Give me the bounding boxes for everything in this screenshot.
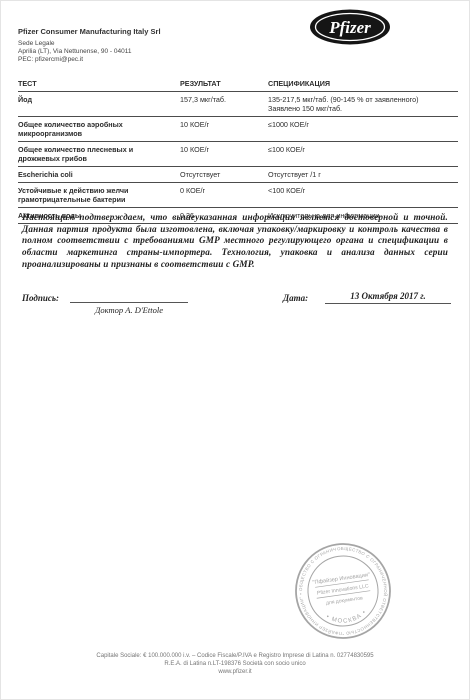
signatory-name: Доктор A. D'Ettole: [58, 305, 200, 315]
company-round-stamp: ОБЩЕСТВО С ОГРАНИЧЕННОЙ ОТВЕТСТВЕННОСТЬЮ…: [287, 535, 400, 648]
pfizer-logo: Pfizer: [308, 8, 392, 46]
table-row: Escherichia coliОтсутствуетОтсутствует /…: [18, 167, 458, 183]
cell-spec: ≤1000 КОЕ/г: [268, 117, 458, 142]
address-line: PEC: pfizercmi@pec.it: [18, 56, 131, 64]
table-header-row: ТЕСТ РЕЗУЛЬТАТ СПЕЦИФИКАЦИЯ: [18, 79, 458, 92]
cell-result: 157,3 мкг/таб.: [180, 92, 268, 117]
cell-result: 10 КОЕ/г: [180, 117, 268, 142]
table-row: Йод157,3 мкг/таб.135-217,5 мкг/таб. (90-…: [18, 92, 458, 117]
legal-footer: Capitale Sociale: € 100.000.000 i.v. – C…: [0, 653, 470, 676]
cell-spec: ≤100 КОЕ/г: [268, 142, 458, 167]
address-line: Aprilia (LT), Via Nettunense, 90 - 04011: [18, 48, 131, 56]
cell-test: Йод: [18, 92, 180, 117]
cell-spec: Отсутствует /1 г: [268, 167, 458, 183]
certification-statement: Настоящим подтверждаем, что вышеуказанна…: [22, 212, 448, 271]
table-row: Общее количество аэробных микроорганизмо…: [18, 117, 458, 142]
company-name: Pfizer Consumer Manufacturing Italy Srl: [18, 27, 161, 36]
column-header-spec: СПЕЦИФИКАЦИЯ: [268, 79, 458, 92]
certificate-document: Pfizer Consumer Manufacturing Italy Srl …: [0, 0, 470, 700]
cell-test: Устойчивые к действию желчи грамотрицате…: [18, 183, 180, 208]
cell-test: Общее количество аэробных микроорганизмо…: [18, 117, 180, 142]
column-header-result: РЕЗУЛЬТАТ: [180, 79, 268, 92]
results-table-body: Йод157,3 мкг/таб.135-217,5 мкг/таб. (90-…: [18, 92, 458, 224]
address-line: Sede Legale: [18, 40, 131, 48]
cell-test: Общее количество плесневых и дрожжевых г…: [18, 142, 180, 167]
cell-result: 0 КОЕ/г: [180, 183, 268, 208]
cell-test: Escherichia coli: [18, 167, 180, 183]
date-label: Дата:: [283, 293, 308, 303]
signature-line: [70, 293, 188, 303]
table-row: Устойчивые к действию желчи грамотрицате…: [18, 183, 458, 208]
cell-result: 10 КОЕ/г: [180, 142, 268, 167]
cell-spec: <100 КОЕ/г: [268, 183, 458, 208]
signature-label: Подпись:: [22, 293, 59, 303]
stamp-line3: для документов: [326, 595, 364, 606]
company-address: Sede Legale Aprilia (LT), Via Nettunense…: [18, 40, 131, 64]
date-value: 13 Октября 2017 г.: [325, 291, 451, 304]
results-table: ТЕСТ РЕЗУЛЬТАТ СПЕЦИФИКАЦИЯ Йод157,3 мкг…: [18, 79, 458, 224]
footer-line: Capitale Sociale: € 100.000.000 i.v. – C…: [0, 653, 470, 661]
footer-line: www.pfizer.it: [0, 669, 470, 677]
cell-spec: 135-217,5 мкг/таб. (90-145 % от заявленн…: [268, 92, 458, 117]
table-row: Общее количество плесневых и дрожжевых г…: [18, 142, 458, 167]
footer-line: R.E.A. di Latina n.LT-198376 Società con…: [0, 661, 470, 669]
logo-wordmark: Pfizer: [328, 18, 371, 37]
cell-result: Отсутствует: [180, 167, 268, 183]
column-header-test: ТЕСТ: [18, 79, 180, 92]
stamp-city: • МОСКВА •: [324, 609, 369, 628]
